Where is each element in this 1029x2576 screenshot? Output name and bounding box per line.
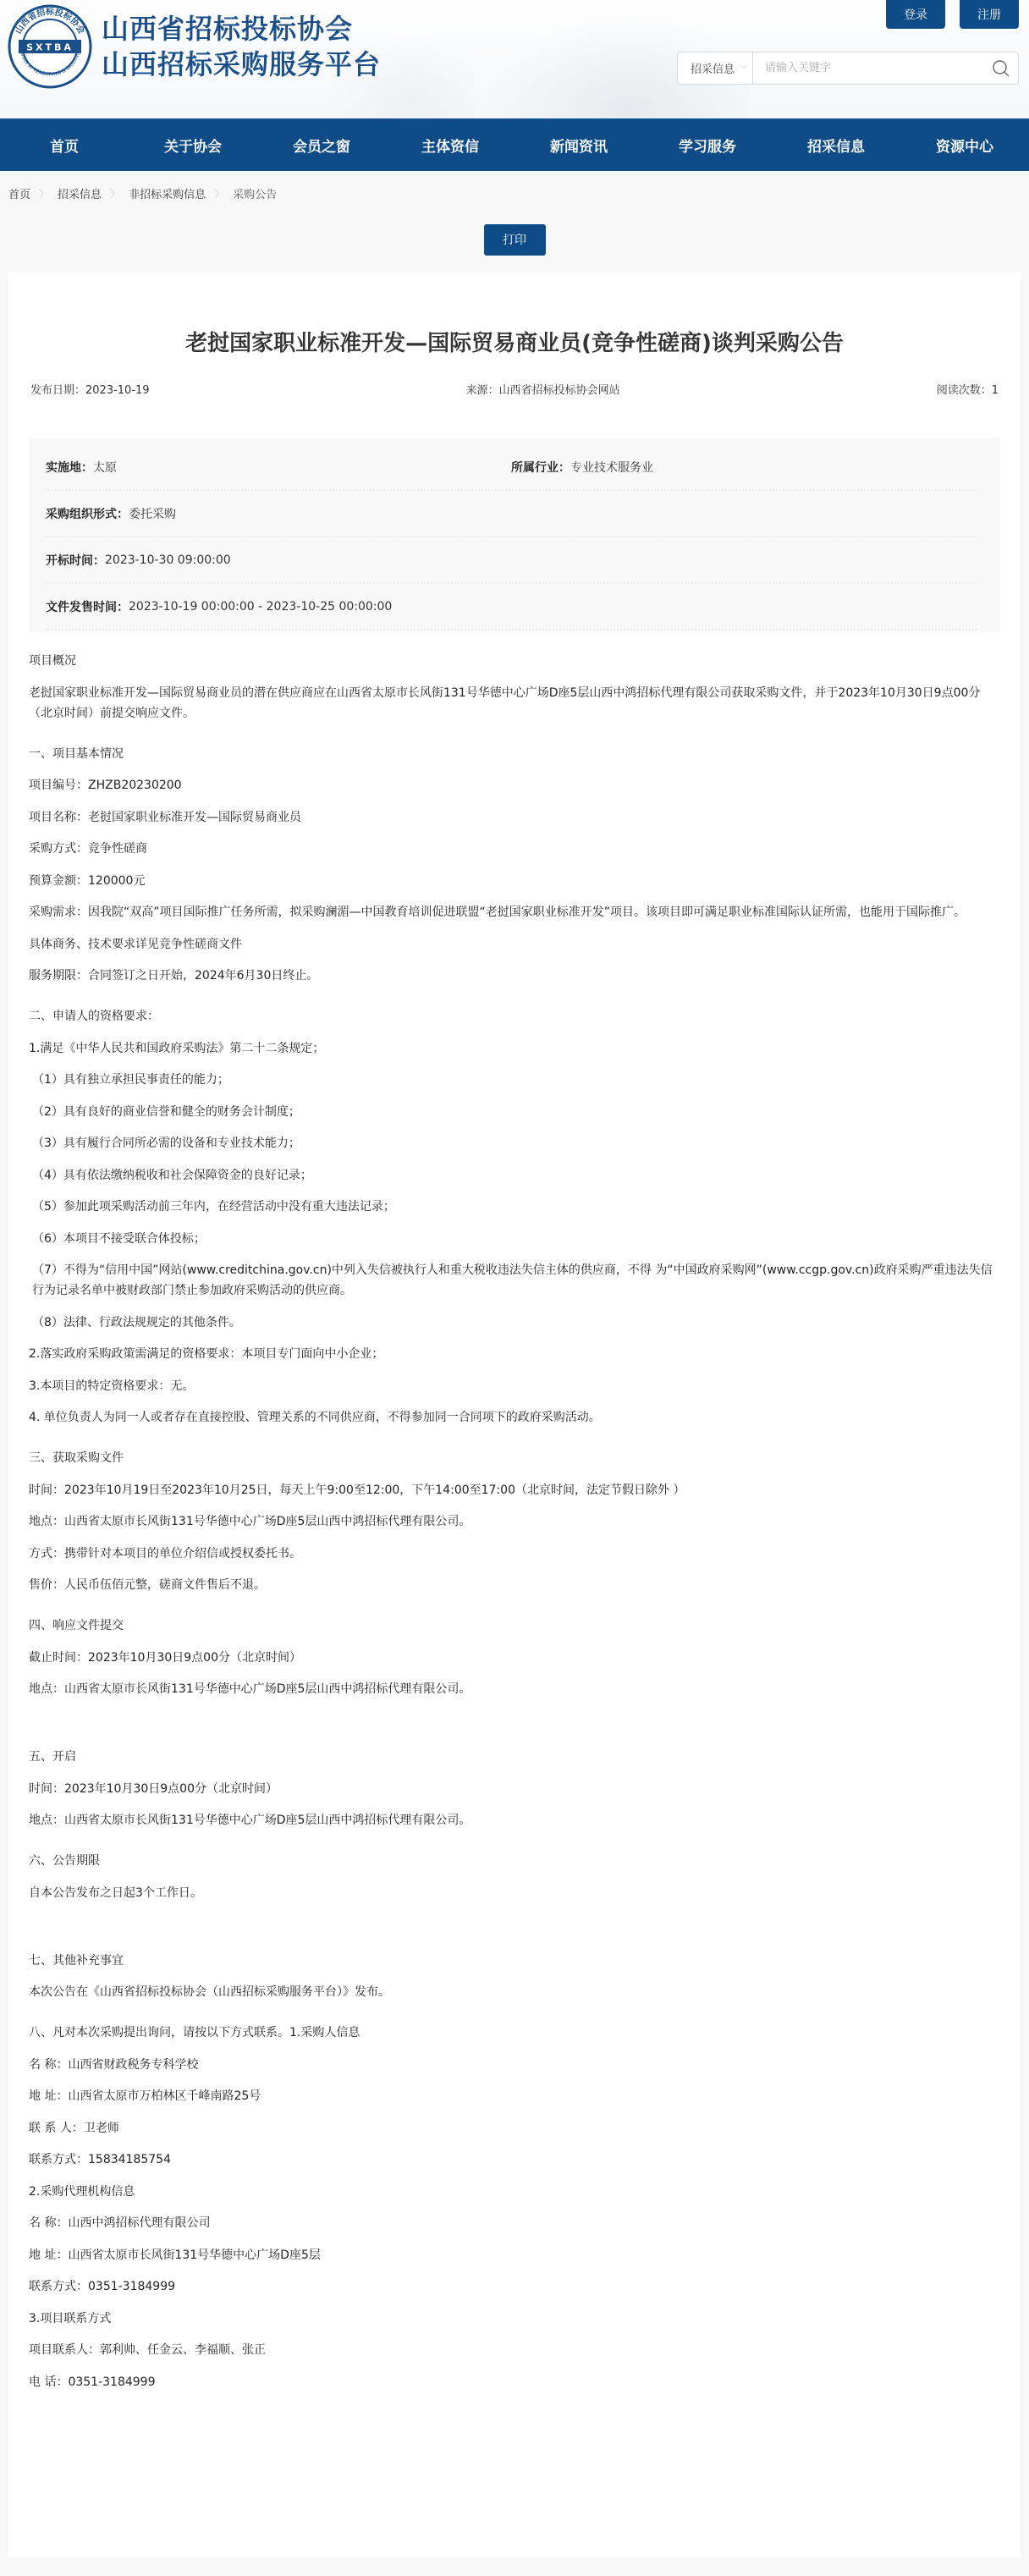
page-bottom-spacer	[0, 2557, 1029, 2576]
paragraph: 联 系 人：卫老师	[29, 2118, 1000, 2138]
paragraph: （2）具有良好的商业信誉和健全的财务会计制度；	[29, 1102, 1000, 1122]
section-heading: 四、响应文件提交	[29, 1616, 1000, 1636]
info-label: 采购组织形式：	[46, 505, 129, 522]
register-button[interactable]: 注册	[960, 0, 1019, 29]
info-row: 开标时间： 2023-10-30 09:00:00	[46, 537, 977, 584]
nav-item-about[interactable]: 关于协会	[129, 118, 257, 171]
auth-buttons: 登录 注册	[886, 0, 1019, 29]
site-header: 山西省招标投标协会 SHAN XI TENDERING & BIDDING SX…	[0, 0, 1029, 118]
nav-item-news[interactable]: 新闻资讯	[514, 118, 643, 171]
paragraph: 地 址：山西省太原市万柏林区千峰南路25号	[29, 2086, 1000, 2106]
paragraph: 项目联系人：郭利帅、任金云、李福顺、张正	[29, 2340, 1000, 2360]
project-info-box: 实施地： 太原 所属行业： 专业技术服务业 采购组织形式： 委托采购 开标时间：…	[29, 438, 1000, 632]
chevron-right-icon: 〉	[110, 186, 120, 201]
read-count: 阅读次数：1	[937, 381, 999, 397]
paragraph: 地点：山西省太原市长风街131号华德中心广场D座5层山西中鸿招标代理有限公司。	[29, 1679, 1000, 1699]
paragraph: 项目编号：ZHZB20230200	[29, 775, 1000, 795]
info-sale-time: 文件发售时间： 2023-10-19 00:00:00 - 2023-10-25…	[46, 598, 977, 615]
site-title-line1: 山西省招标投标协会	[102, 11, 381, 47]
paragraph: （6）本项目不接受联合体投标；	[29, 1229, 1000, 1249]
paragraph: 3.本项目的特定资格要求：无。	[29, 1376, 1000, 1396]
info-org-form: 采购组织形式： 委托采购	[46, 505, 977, 522]
paragraph: 4. 单位负责人为同一人或者存在直接控股、管理关系的不同供应商，不得参加同一合同…	[29, 1407, 1000, 1428]
breadcrumb: 首页 〉 招采信息 〉 非招标采购信息 〉 采购公告	[0, 171, 1029, 215]
paragraph: 本次公告在《山西省招标投标协会（山西招标采购服务平台）》发布。	[29, 1982, 1000, 2002]
main-nav: 首页 关于协会 会员之窗 主体资信 新闻资讯 学习服务 招采信息 资源中心	[0, 118, 1029, 171]
paragraph: 自本公告发布之日起3个工作日。	[29, 1883, 1000, 1903]
paragraph: 截止时间：2023年10月30日9点00分（北京时间）	[29, 1648, 1000, 1668]
paragraph: 预算金额：120000元	[29, 871, 1000, 891]
chevron-right-icon: 〉	[39, 186, 49, 201]
paragraph: （3）具有履行合同所必需的设备和专业技术能力；	[29, 1133, 1000, 1153]
paragraph: 电 话：0351-3184999	[29, 2372, 1000, 2392]
paragraph: 1.满足《中华人民共和国政府采购法》第二十二条规定；	[29, 1038, 1000, 1059]
section-heading: 七、其他补充事宜	[29, 1951, 1000, 1971]
nav-item-members[interactable]: 会员之窗	[257, 118, 386, 171]
breadcrumb-home[interactable]: 首页	[8, 185, 30, 201]
info-label: 所属行业：	[511, 459, 570, 476]
paragraph: 老挝国家职业标准开发—国际贸易商业员的潜在供应商应在山西省太原市长风街131号华…	[29, 683, 1000, 724]
paragraph: （8）法律、行政法规规定的其他条件。	[29, 1313, 1000, 1333]
article-body: 项目概况 老挝国家职业标准开发—国际贸易商业员的潜在供应商应在山西省太原市长风街…	[29, 651, 1000, 2392]
paragraph: （1）具有独立承担民事责任的能力；	[29, 1070, 1000, 1090]
paragraph: 联系方式：0351-3184999	[29, 2276, 1000, 2297]
section-heading: 八、凡对本次采购提出询问，请按以下方式联系。1.采购人信息	[29, 2023, 1000, 2043]
article-title: 老挝国家职业标准开发—国际贸易商业员(竞争性磋商)谈判采购公告	[29, 272, 1000, 361]
paragraph: 2.采购代理机构信息	[29, 2182, 1000, 2202]
nav-item-credit[interactable]: 主体资信	[386, 118, 514, 171]
print-button[interactable]: 打印	[484, 224, 546, 256]
breadcrumb-current: 采购公告	[233, 185, 277, 201]
info-row: 采购组织形式： 委托采购	[46, 491, 977, 537]
info-value: 专业技术服务业	[570, 459, 653, 476]
search-icon[interactable]	[984, 52, 1018, 84]
section-heading: 五、开启	[29, 1747, 1000, 1767]
article-card: 老挝国家职业标准开发—国际贸易商业员(竞争性磋商)谈判采购公告 发布日期：202…	[8, 272, 1021, 2557]
breadcrumb-procurement-info[interactable]: 招采信息	[58, 185, 102, 201]
paragraph: 地点：山西省太原市长风街131号华德中心广场D座5层山西中鸿招标代理有限公司。	[29, 1511, 1000, 1532]
paragraph: 时间：2023年10月19日至2023年10月25日，每天上午9:00至12:0…	[29, 1480, 1000, 1500]
search-bar: 招采信息 ﹀	[677, 52, 1019, 85]
paragraph: 时间：2023年10月30日9点00分（北京时间）	[29, 1779, 1000, 1799]
nav-item-procurement[interactable]: 招采信息	[772, 118, 900, 171]
svg-text:SXTBA: SXTBA	[26, 42, 74, 53]
paragraph: 2.落实政府采购政策需满足的资格要求：本项目专门面向中小企业；	[29, 1344, 1000, 1364]
paragraph: 名 称：山西中鸿招标代理有限公司	[29, 2213, 1000, 2233]
site-logo[interactable]: 山西省招标投标协会 SHAN XI TENDERING & BIDDING SX…	[7, 3, 381, 90]
info-value: 2023-10-30 09:00:00	[105, 553, 231, 567]
paragraph: 项目名称：老挝国家职业标准开发—国际贸易商业员	[29, 807, 1000, 828]
site-title: 山西省招标投标协会 山西招标采购服务平台	[102, 11, 381, 82]
info-value: 委托采购	[129, 505, 176, 522]
site-title-line2: 山西招标采购服务平台	[102, 47, 381, 82]
print-row: 打印	[0, 215, 1029, 264]
info-value: 太原	[93, 459, 117, 476]
breadcrumb-non-tender-info[interactable]: 非招标采购信息	[129, 185, 206, 201]
article-meta: 发布日期：2023-10-19 来源：山西省招标投标协会网站 阅读次数：1	[29, 381, 1000, 397]
info-label: 开标时间：	[46, 552, 105, 569]
paragraph: 3.项目联系方式	[29, 2309, 1000, 2329]
chevron-right-icon: 〉	[214, 186, 224, 201]
info-label: 实施地：	[46, 459, 93, 476]
info-location: 实施地： 太原	[46, 459, 511, 476]
paragraph: 方式：携带针对本项目的单位介绍信或授权委托书。	[29, 1544, 1000, 1564]
nav-item-learning[interactable]: 学习服务	[643, 118, 772, 171]
paragraph: 采购方式：竞争性磋商	[29, 839, 1000, 859]
paragraph: 地点：山西省太原市长风街131号华德中心广场D座5层山西中鸿招标代理有限公司。	[29, 1810, 1000, 1830]
publish-date: 发布日期：2023-10-19	[30, 381, 150, 397]
paragraph: 服务期限：合同签订之日开始，2024年6月30日终止。	[29, 966, 1000, 986]
info-open-time: 开标时间： 2023-10-30 09:00:00	[46, 552, 977, 569]
nav-item-resources[interactable]: 资源中心	[900, 118, 1029, 171]
section-heading: 二、申请人的资格要求：	[29, 1006, 1000, 1027]
info-label: 文件发售时间：	[46, 598, 129, 615]
paragraph: 具体商务、技术要求详见竞争性磋商文件	[29, 934, 1000, 955]
paragraph: 采购需求：因我院“双高”项目国际推广任务所需，拟采购澜湄—中国教育培训促进联盟“…	[29, 902, 1000, 922]
paragraph: 售价：人民币伍佰元整，磋商文件售后不退。	[29, 1575, 1000, 1595]
info-row: 文件发售时间： 2023-10-19 00:00:00 - 2023-10-25…	[46, 584, 977, 630]
article-source: 来源：山西省招标投标协会网站	[466, 381, 620, 397]
chevron-down-icon: ﹀	[740, 62, 748, 74]
paragraph: 联系方式：15834185754	[29, 2149, 1000, 2170]
section-heading: 六、公告期限	[29, 1851, 1000, 1871]
paragraph: （7）不得为“信用中国”网站(www.creditchina.gov.cn)中列…	[29, 1260, 1000, 1301]
login-button[interactable]: 登录	[886, 0, 945, 29]
section-heading: 一、项目基本情况	[29, 744, 1000, 764]
sxtba-emblem-icon: 山西省招标投标协会 SHAN XI TENDERING & BIDDING SX…	[7, 3, 93, 90]
section-heading: 三、获取采购文件	[29, 1448, 1000, 1468]
info-row: 实施地： 太原 所属行业： 专业技术服务业	[46, 444, 977, 491]
info-industry: 所属行业： 专业技术服务业	[511, 459, 977, 476]
search-input[interactable]	[753, 52, 984, 84]
paragraph: 地 址：山西省太原市长风街131号华德中心广场D座5层	[29, 2245, 1000, 2265]
paragraph: （4）具有依法缴纳税收和社会保障资金的良好记录；	[29, 1165, 1000, 1186]
section-heading: 项目概况	[29, 651, 1000, 671]
search-category-label: 招采信息	[691, 60, 735, 76]
nav-item-home[interactable]: 首页	[0, 118, 129, 171]
paragraph: 名 称：山西省财政税务专科学校	[29, 2055, 1000, 2075]
info-value: 2023-10-19 00:00:00 - 2023-10-25 00:00:0…	[129, 600, 392, 614]
search-category-select[interactable]: 招采信息 ﹀	[678, 52, 753, 84]
paragraph: （5）参加此项采购活动前三年内，在经营活动中没有重大违法记录；	[29, 1197, 1000, 1217]
